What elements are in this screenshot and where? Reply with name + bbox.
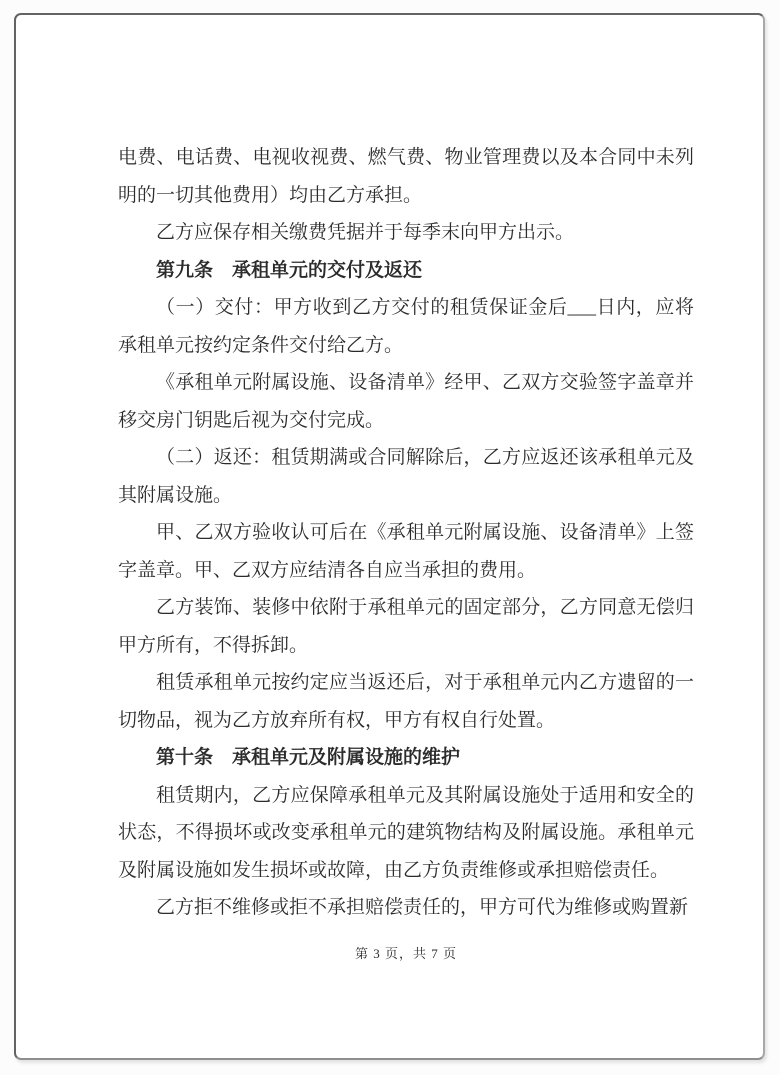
article-heading-9: 第九条 承租单元的交付及返还 bbox=[118, 252, 694, 290]
contract-paragraph: 乙方装饰、装修中依附于承租单元的固定部分，乙方同意无偿归甲方所有，不得拆卸。 bbox=[118, 589, 694, 664]
contract-paragraph: 乙方拒不维修或拒不承担赔偿责任的，甲方可代为维修或购置新 bbox=[118, 889, 694, 927]
contract-paragraph: 甲、乙双方验收认可后在《承租单元附属设施、设备清单》上签字盖章。甲、乙双方应结清… bbox=[118, 514, 694, 589]
contract-paragraph: 租赁期内，乙方应保障承租单元及其附属设施处于适用和安全的状态，不得损坏或改变承租… bbox=[118, 777, 694, 890]
contract-paragraph: （二）返还：租赁期满或合同解除后，乙方应返还该承租单元及其附属设施。 bbox=[118, 439, 694, 514]
contract-paragraph-continuation: 电费、电话费、电视收视费、燃气费、物业管理费以及本合同中未列明的一切其他费用）均… bbox=[118, 139, 694, 214]
contract-paragraph: （一）交付：甲方收到乙方交付的租赁保证金后___日内，应将承租单元按约定条件交付… bbox=[118, 289, 694, 364]
contract-paragraph: 《承租单元附属设施、设备清单》经甲、乙双方交验签字盖章并移交房门钥匙后视为交付完… bbox=[118, 364, 694, 439]
article-heading-10: 第十条 承租单元及附属设施的维护 bbox=[118, 739, 694, 777]
scanned-document-page: 电费、电话费、电视收视费、燃气费、物业管理费以及本合同中未列明的一切其他费用）均… bbox=[0, 0, 780, 1075]
contract-paragraph: 乙方应保存相关缴费凭据并于每季末向甲方出示。 bbox=[118, 214, 694, 252]
contract-paragraph: 租赁承租单元按约定应当返还后，对于承租单元内乙方遗留的一切物品，视为乙方放弃所有… bbox=[118, 664, 694, 739]
page-border-frame: 电费、电话费、电视收视费、燃气费、物业管理费以及本合同中未列明的一切其他费用）均… bbox=[14, 13, 765, 1060]
contract-text-block: 电费、电话费、电视收视费、燃气费、物业管理费以及本合同中未列明的一切其他费用）均… bbox=[118, 139, 694, 962]
page-number-footer: 第 3 页，共 7 页 bbox=[118, 946, 694, 962]
